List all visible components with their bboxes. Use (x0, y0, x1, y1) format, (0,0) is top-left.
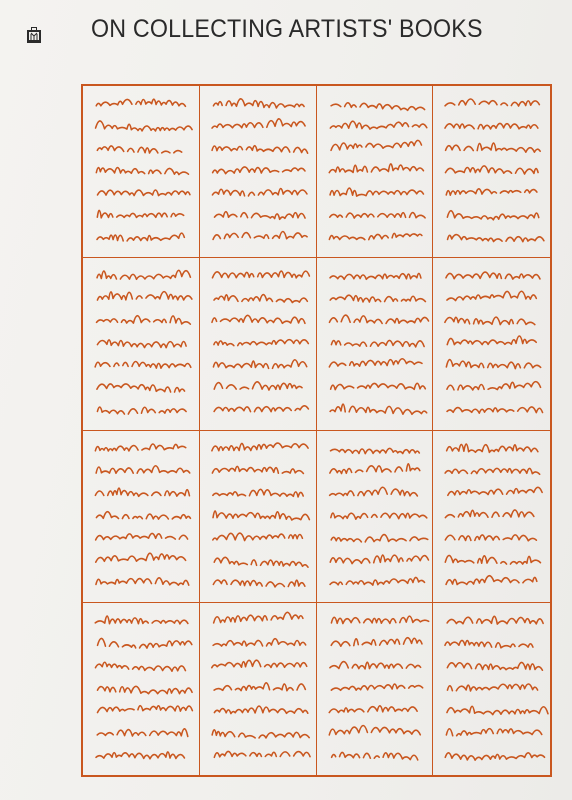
scribble-line (330, 295, 425, 302)
scribble-line (445, 317, 535, 324)
handwriting-cell (83, 603, 200, 775)
scribble-line (96, 752, 184, 759)
scribble-line (329, 213, 424, 218)
scribble-line (330, 384, 425, 390)
scribble-line (331, 752, 417, 759)
scribble-line (331, 616, 428, 623)
scribble-line (212, 271, 309, 278)
scribble-line (214, 683, 305, 691)
scribble-line (447, 336, 536, 345)
scribble-line (447, 407, 542, 413)
scribble-line (214, 382, 302, 390)
handwriting-cell (317, 258, 434, 430)
scribble-line (330, 188, 423, 196)
scribble-line (96, 465, 190, 472)
scribble-line (213, 99, 304, 108)
scribble-line (446, 753, 545, 760)
scribble-line (330, 274, 421, 280)
book-cover: ON COLLECTING ARTISTS' BOOKS (0, 0, 572, 800)
scribble-line (95, 662, 185, 671)
scribble-line (448, 487, 542, 495)
handwriting-cell (317, 431, 434, 603)
scribble-line (446, 555, 541, 564)
scribble-line (329, 315, 428, 323)
scribble-line (214, 212, 305, 220)
scribble-line (330, 555, 428, 564)
scribble-line (212, 188, 306, 195)
scribble-line (331, 637, 422, 645)
scribble-line (329, 487, 417, 496)
scribble-line (212, 443, 308, 451)
scribble-line (447, 360, 541, 369)
scribble-line (445, 123, 538, 129)
scribble-line (331, 534, 428, 541)
scribble-line (95, 488, 189, 496)
scribble-line (213, 580, 305, 587)
scribble-line (214, 751, 310, 757)
scribble-line (447, 728, 542, 735)
scribble-line (329, 706, 417, 713)
scribble-line (96, 168, 188, 175)
scribble-line (447, 189, 538, 195)
scribble-line (448, 211, 539, 220)
handwriting-cell (317, 603, 434, 775)
scribble-line (447, 292, 536, 301)
scribble-line (329, 233, 422, 239)
handwriting-cell (433, 431, 550, 603)
scribble-line (213, 489, 303, 497)
scribble-line (213, 360, 306, 369)
scribble-line (330, 513, 426, 519)
scribble-line (98, 705, 193, 712)
handwriting-cell (200, 603, 317, 775)
handwriting-cell (200, 86, 317, 258)
scribble-line (96, 121, 193, 131)
scribble-line (447, 382, 541, 390)
scribble-line (214, 295, 307, 303)
scribble-line (97, 233, 184, 241)
handwriting-cell (317, 86, 434, 258)
handwriting-cell (200, 431, 317, 603)
scribble-line (95, 444, 185, 451)
scribble-line (214, 406, 308, 412)
scribble-line (96, 577, 189, 584)
handwriting-cell (433, 258, 550, 430)
handwriting-cell (83, 86, 200, 258)
scribble-line (448, 662, 543, 670)
scribble-line (212, 119, 305, 128)
scribble-line (213, 638, 306, 645)
scribble-line (214, 706, 307, 714)
scribble-line (331, 103, 424, 111)
scribble-line (214, 557, 308, 567)
scribble-line (97, 146, 181, 153)
scribble-line (213, 232, 307, 240)
scribble-line (214, 340, 308, 346)
scribble-line (330, 404, 427, 414)
scribble-line (213, 510, 309, 519)
scribble-line (330, 448, 419, 453)
scribble-line (330, 121, 426, 129)
scribble-line (98, 638, 192, 648)
handwriting-cell (433, 86, 550, 258)
scribble-line (97, 271, 190, 280)
scribble-line (98, 686, 193, 693)
scribble-line (97, 729, 188, 737)
scribble-line (447, 444, 538, 452)
scribble-line (446, 143, 541, 152)
scribble-line (331, 140, 421, 150)
scribble-line (212, 316, 305, 324)
scribble-line (96, 553, 186, 562)
scribble-line (447, 706, 548, 714)
scribble-line (445, 468, 539, 474)
scribble-line (330, 577, 424, 585)
scribble-line (329, 661, 420, 668)
scribble-line (97, 210, 183, 217)
scribble-line (212, 660, 307, 668)
handwriting-cell (200, 258, 317, 430)
scribble-line (212, 146, 308, 154)
scribble-line (329, 359, 422, 367)
scribble-line (97, 292, 191, 300)
scribble-line (95, 362, 191, 369)
scribble-line (448, 235, 544, 242)
scribble-line (446, 272, 540, 279)
scribble-line (446, 166, 539, 174)
scribble-line (448, 684, 538, 691)
scribble-line (445, 640, 533, 647)
scribble-line (446, 509, 534, 517)
scribble-line (213, 612, 302, 623)
castle-tower-icon (27, 27, 41, 43)
scribble-line (98, 190, 190, 196)
scribble-line (97, 340, 186, 348)
handwriting-cell (83, 258, 200, 430)
scribble-line (331, 684, 422, 690)
scribble-line (212, 167, 304, 174)
scribble-line (447, 616, 543, 624)
scribble-line (445, 99, 539, 106)
scribble-line (329, 463, 419, 473)
scribble-line (212, 730, 309, 738)
cover-title: ON COLLECTING ARTISTS' BOOKS (91, 14, 483, 44)
scribble-line (96, 511, 190, 518)
scribble-line (212, 466, 303, 473)
scribble-line (97, 316, 191, 324)
handwriting-grid (81, 84, 552, 777)
scribble-line (446, 575, 537, 584)
scribble-line (97, 384, 185, 392)
scribble-line (95, 616, 188, 624)
scribble-line (329, 725, 420, 734)
scribble-line (97, 407, 186, 414)
scribble-line (446, 534, 537, 540)
scribble-line (96, 99, 185, 106)
handwriting-cell (433, 603, 550, 775)
scribble-line (329, 164, 423, 173)
scribble-line (96, 533, 188, 539)
scribble-line (213, 533, 303, 541)
scribble-line (331, 341, 424, 347)
handwriting-cell (83, 431, 200, 603)
